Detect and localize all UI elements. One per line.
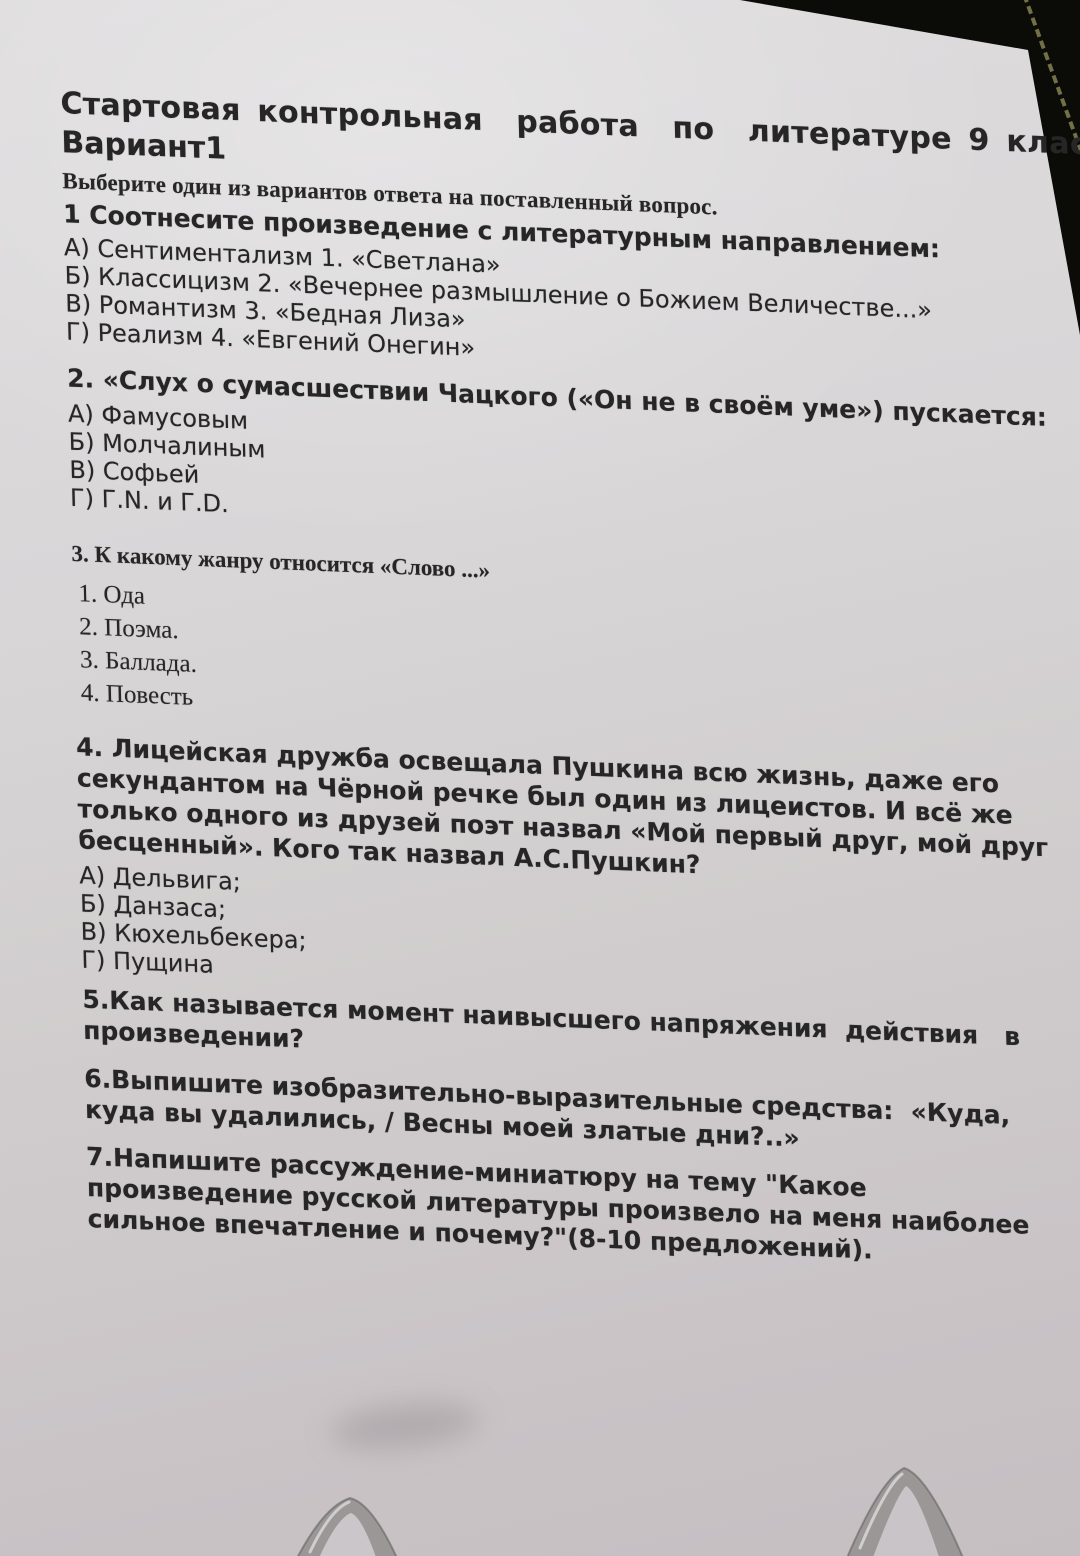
photo-of-test-paper: Стартовая контрольная работа по литерату…: [0, 0, 1080, 1556]
binder-clip-right-handle: [846, 1468, 964, 1556]
binder-clips: [0, 0, 1080, 1556]
binder-clip-left-handle: [296, 1498, 398, 1556]
